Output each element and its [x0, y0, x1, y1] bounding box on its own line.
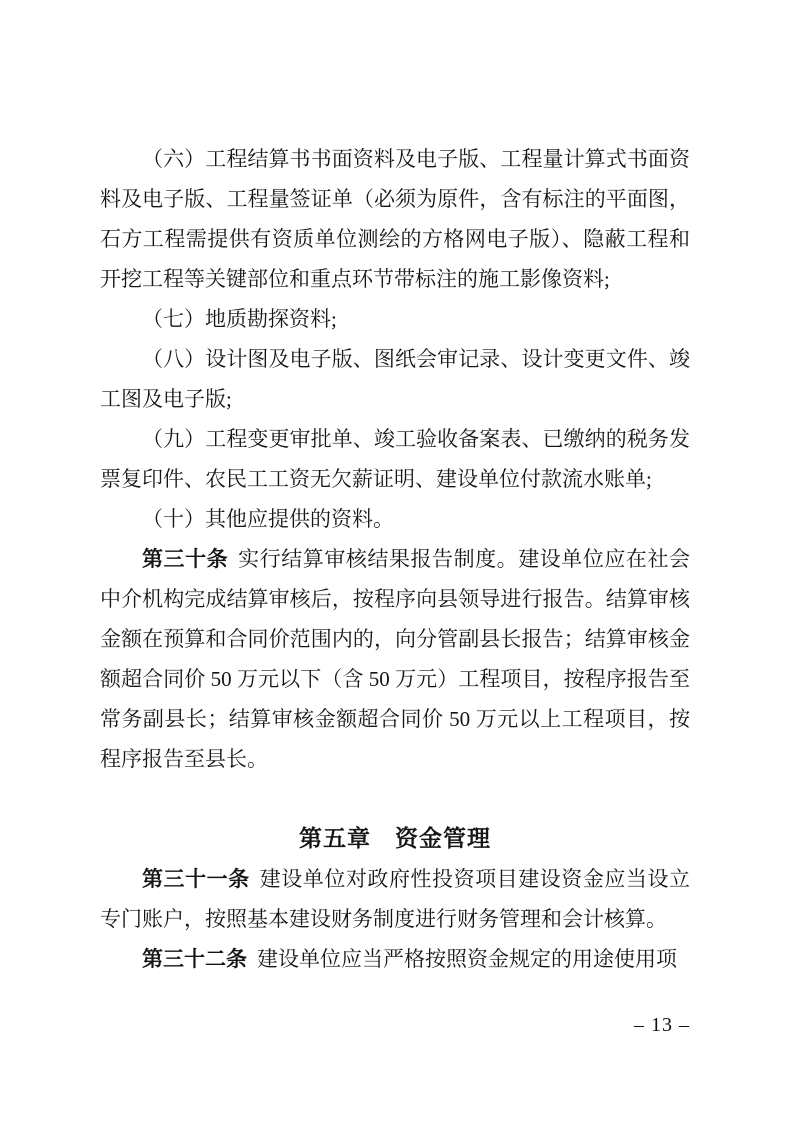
- clause-item-9: （九）工程变更审批单、竣工验收备案表、已缴纳的税务发票复印件、农民工工资无欠薪证…: [100, 419, 690, 499]
- article-30-number: 第三十条: [142, 547, 228, 571]
- article-32-text: 建设单位应当严格按照资金规定的用途使用项: [257, 947, 677, 971]
- document-page: （六）工程结算书书面资料及电子版、工程量计算式书面资料及电子版、工程量签证单（必…: [0, 0, 793, 1122]
- article-31: 第三十一条建设单位对政府性投资项目建设资金应当设立专门账户，按照基本建设财务制度…: [100, 859, 690, 939]
- clause-item-6: （六）工程结算书书面资料及电子版、工程量计算式书面资料及电子版、工程量签证单（必…: [100, 139, 690, 299]
- article-32-number: 第三十二条: [142, 947, 247, 971]
- article-30-text: 实行结算审核结果报告制度。建设单位应在社会中介机构完成结算审核后，按程序向县领导…: [100, 547, 690, 771]
- document-body: （六）工程结算书书面资料及电子版、工程量计算式书面资料及电子版、工程量签证单（必…: [100, 139, 690, 979]
- page-number: – 13 –: [634, 1012, 690, 1038]
- clause-item-8: （八）设计图及电子版、图纸会审记录、设计变更文件、竣工图及电子版;: [100, 339, 690, 419]
- clause-item-7: （七）地质勘探资料;: [100, 299, 690, 339]
- clause-item-10: （十）其他应提供的资料。: [100, 499, 690, 539]
- chapter-5-heading: 第五章 资金管理: [100, 819, 690, 859]
- article-32: 第三十二条建设单位应当严格按照资金规定的用途使用项: [100, 939, 690, 979]
- article-31-number: 第三十一条: [142, 867, 250, 891]
- article-30: 第三十条实行结算审核结果报告制度。建设单位应在社会中介机构完成结算审核后，按程序…: [100, 539, 690, 779]
